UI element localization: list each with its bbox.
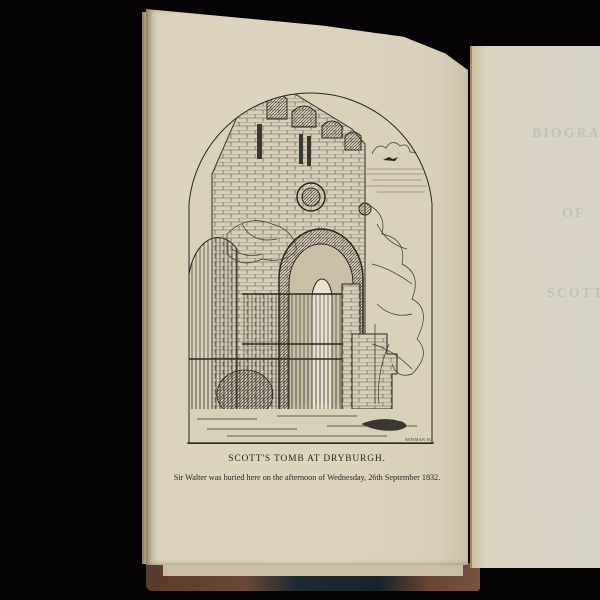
show-through-text: SCOTT [547, 286, 600, 302]
show-through-text: BIOGRAPHY [532, 126, 600, 142]
right-page: BIOGRAPHY OF SCOTT [470, 46, 600, 568]
page-block-edge [163, 564, 463, 576]
book-photo: BIOGRAPHY OF SCOTT [0, 0, 600, 600]
plate-title: SCOTT'S TOMB AT DRYBURGH. [146, 454, 468, 464]
engraving-illustration [187, 74, 434, 444]
show-through-text: OF [562, 206, 585, 222]
engraver-signature: NEWMAN SC [405, 437, 432, 442]
abbey-ruin-engraving [187, 74, 434, 444]
plate-caption: Sir Walter was buried here on the aftern… [146, 473, 468, 482]
